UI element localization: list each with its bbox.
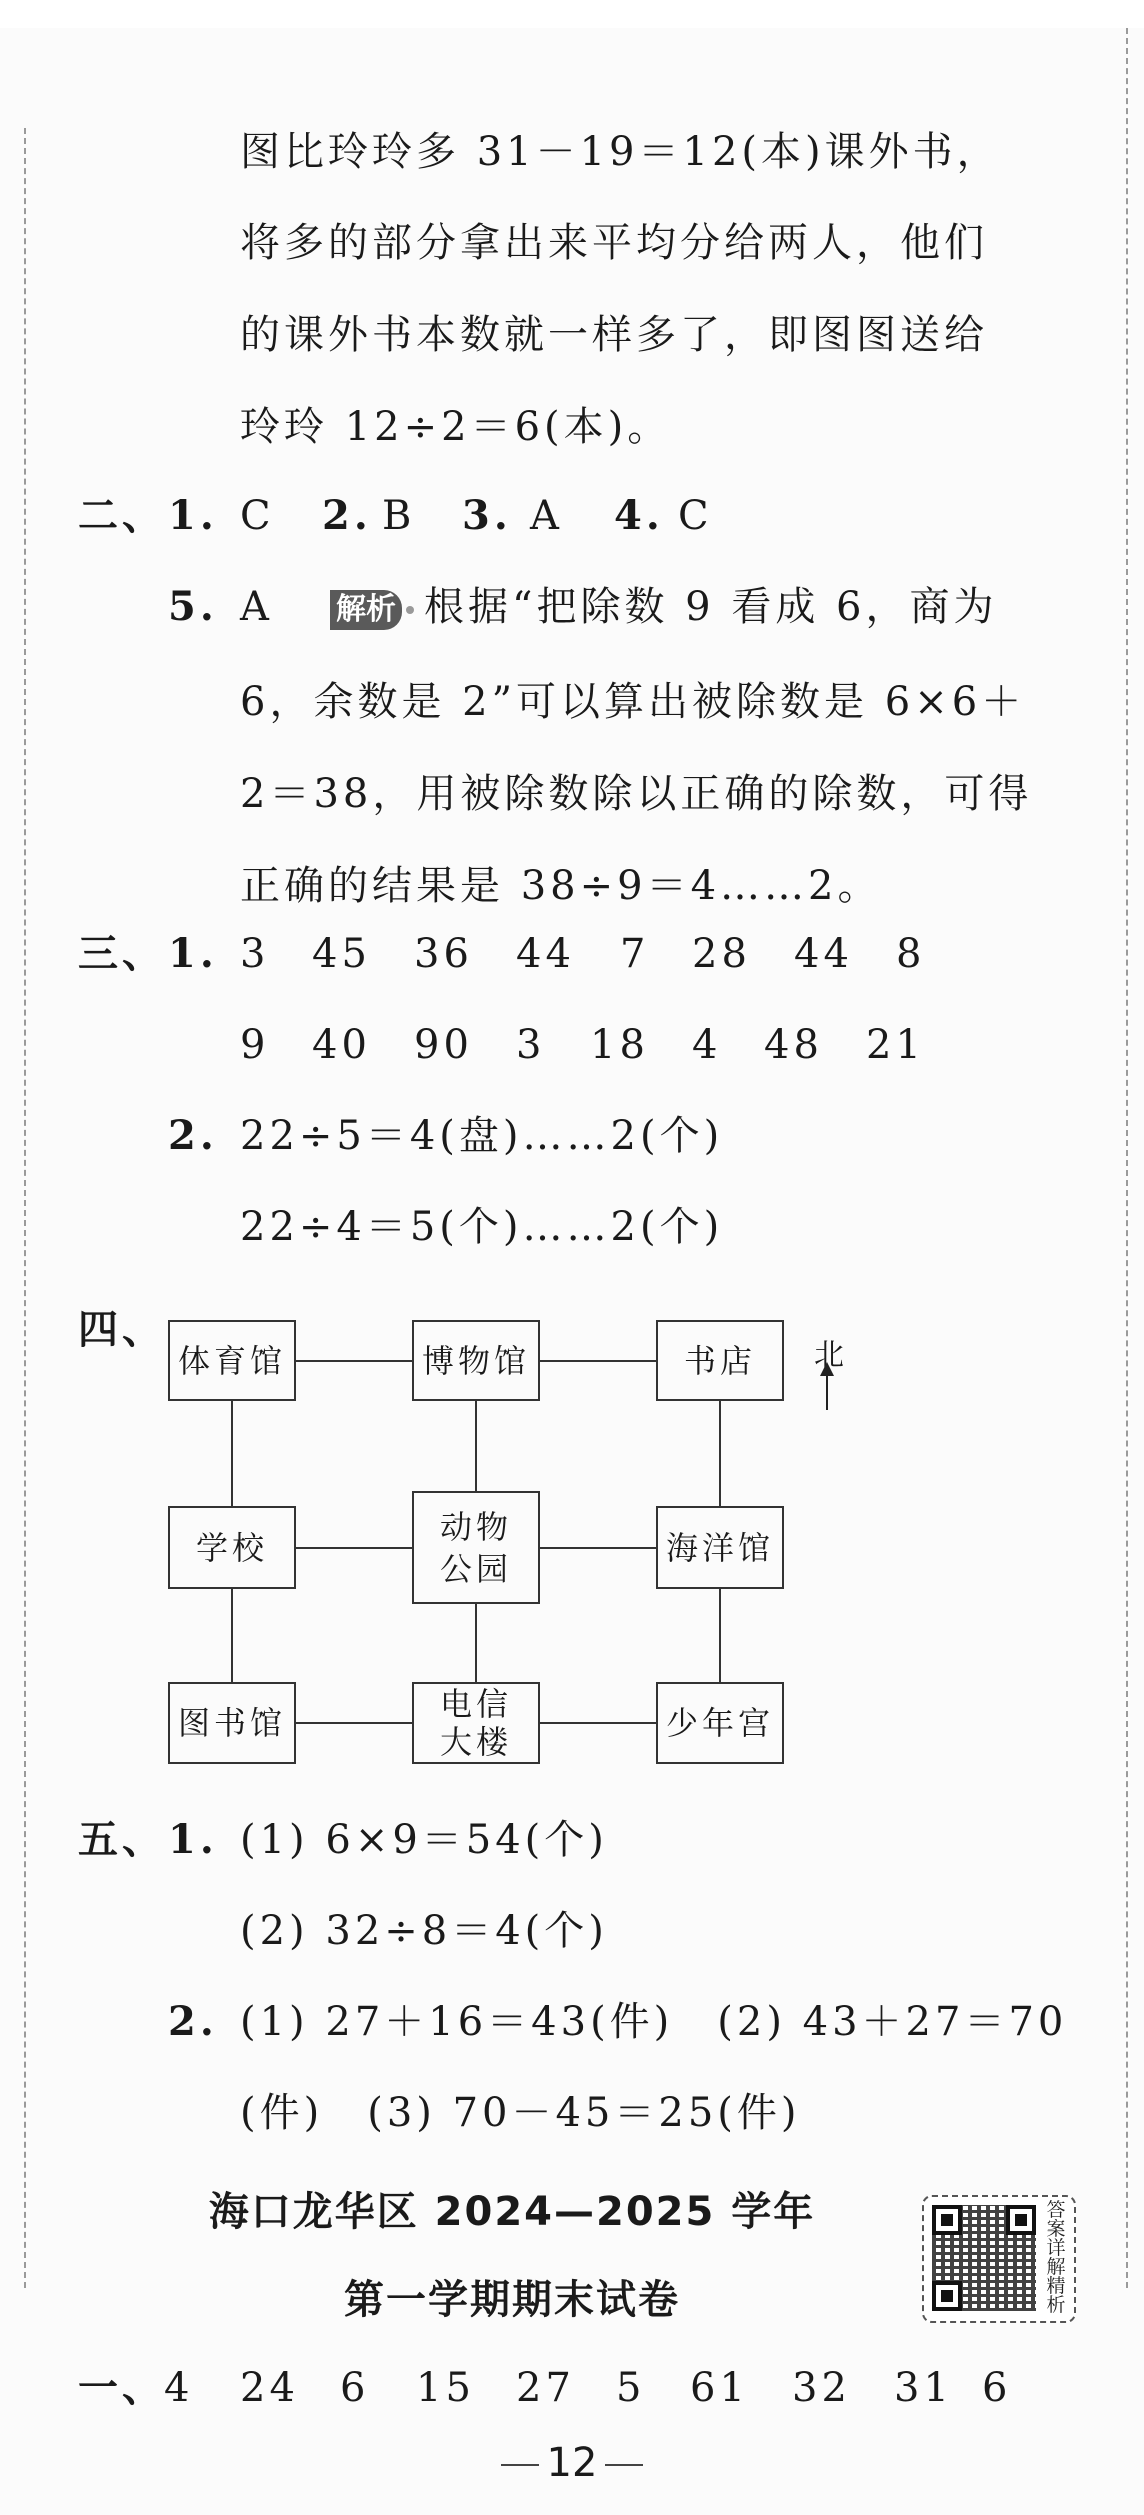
analysis-badge: 解析: [330, 590, 402, 630]
answer: 15: [416, 2358, 475, 2418]
section-3-q1-row1: 三、 1. 3 45 36 44 7 28 44 8: [0, 924, 1100, 984]
answer: 45: [312, 924, 371, 984]
road-line: [296, 1547, 413, 1549]
answer: 8: [896, 924, 925, 984]
answer: 21: [866, 1015, 925, 1075]
text-line: 图比玲玲多 31－19＝12(本)课外书，: [240, 122, 1001, 182]
section-label: 三、: [78, 924, 166, 984]
section-2-q5: 5. A 解析根据“把除数 9 看成 6，商为: [0, 577, 1120, 637]
road-line: [231, 1589, 233, 1682]
text-line: 正确的结果是 38÷9＝4……2。: [240, 856, 881, 916]
answer: 9: [240, 1015, 269, 1075]
road-line: [231, 1401, 233, 1506]
question-number: 5.: [168, 577, 218, 637]
equation: (2) 32÷8＝4(个): [240, 1901, 608, 1961]
map-box-zoo: 动物 公园: [412, 1491, 540, 1604]
road-line: [539, 1547, 656, 1549]
section-label: 四、: [78, 1300, 166, 1360]
answer: 32: [792, 2358, 851, 2418]
answer: 40: [312, 1015, 371, 1075]
question-number: 2.: [322, 486, 372, 546]
map-box-aquarium: 海洋馆: [656, 1506, 784, 1589]
answer: 5: [616, 2358, 645, 2418]
answer: A: [530, 486, 563, 546]
map-box-museum: 博物馆: [412, 1320, 540, 1401]
question-number: 4.: [614, 486, 664, 546]
answer: 28: [692, 924, 751, 984]
answer: 31: [894, 2358, 953, 2418]
answer: C: [678, 486, 713, 546]
answer: 18: [590, 1015, 649, 1075]
question-number: 1.: [168, 486, 218, 546]
answer: C: [240, 486, 275, 546]
map-box-library: 图书馆: [168, 1682, 296, 1764]
text-line: 的课外书本数就一样多了，即图图送给: [240, 305, 988, 365]
text-line: 6，余数是 2”可以算出被除数是 6×6＋: [240, 672, 1025, 732]
dash-decoration: [605, 2464, 643, 2466]
answer: 4: [164, 2358, 193, 2418]
road-line: [539, 1722, 656, 1724]
top-margin: [0, 0, 1144, 28]
answer: 4: [692, 1015, 721, 1075]
dash-decoration: [501, 2464, 539, 2466]
equation: (1) 6×9＝54(个): [240, 1810, 608, 1870]
section-3-q1-row2: 9 40 90 3 18 4 48 21: [0, 1015, 1100, 1075]
section-label: 二、: [78, 486, 166, 546]
section-label: 一、: [78, 2358, 166, 2418]
north-arrow-shaft: [826, 1372, 828, 1410]
answer: 44: [516, 924, 575, 984]
answer: 6: [982, 2358, 1011, 2418]
question-number: 1.: [168, 924, 218, 984]
map-box-telecom: 电信 大楼: [412, 1682, 540, 1764]
road-line: [296, 1722, 413, 1724]
answer: 44: [794, 924, 853, 984]
road-line: [719, 1589, 721, 1682]
question-number: 3.: [462, 486, 512, 546]
left-cut-line: [24, 128, 26, 2288]
text-line: 玲玲 12÷2＝6(本)。: [240, 397, 671, 457]
right-cut-line: [1126, 28, 1128, 2288]
road-line: [475, 1604, 477, 1682]
page-number: 12: [0, 2440, 1144, 2486]
equation: 22÷4＝5(个)……2(个): [240, 1197, 723, 1257]
section-3-q2-line1: 2. 22÷5＝4(盘)……2(个): [0, 1106, 1100, 1166]
badge-dot-icon: [406, 606, 414, 614]
analysis-text: 根据“把除数 9 看成 6，商为: [424, 584, 998, 630]
road-line: [475, 1401, 477, 1491]
answer: 3: [516, 1015, 545, 1075]
qr-finder-icon: [1006, 2205, 1036, 2235]
map-box-bookstore: 书店: [656, 1320, 784, 1401]
qr-caption: 答案详解精析: [1044, 2201, 1068, 2315]
answer: 36: [414, 924, 473, 984]
answer: 3: [240, 924, 269, 984]
qr-finder-icon: [932, 2205, 962, 2235]
equation: (1) 27＋16＝43(件) (2) 43＋27＝70: [240, 1992, 1067, 2052]
road-line: [539, 1360, 656, 1362]
answer: 7: [620, 924, 649, 984]
road-line: [296, 1360, 413, 1362]
answer: 24: [240, 2358, 299, 2418]
next-section-1-row: 一、 4 24 6 15 27 5 61 32 31 6: [0, 2358, 1120, 2418]
text-line: 2＝38，用被除数除以正确的除数，可得: [240, 764, 1032, 824]
answer: 27: [516, 2358, 575, 2418]
answer: A: [240, 577, 273, 637]
question-number: 1.: [168, 1810, 218, 1870]
map-box-gym: 体育馆: [168, 1320, 296, 1401]
equation: (件) (3) 70－45＝25(件): [240, 2083, 801, 2143]
answer: 48: [764, 1015, 823, 1075]
road-line: [719, 1401, 721, 1506]
map-box-school: 学校: [168, 1506, 296, 1589]
qr-finder-icon: [932, 2281, 962, 2311]
question-number: 2.: [168, 1106, 218, 1166]
page-number-value: 12: [547, 2440, 598, 2486]
question-number: 2.: [168, 1992, 218, 2052]
text-line: 将多的部分拿出来平均分给两人，他们: [240, 213, 988, 273]
qr-code[interactable]: 答案详解精析: [922, 2195, 1076, 2323]
section-5-q1-line1: 五、 1. (1) 6×9＝54(个): [0, 1810, 1100, 1870]
equation: 22÷5＝4(盘)……2(个): [240, 1106, 723, 1166]
answer: 61: [690, 2358, 749, 2418]
answer: B: [382, 486, 415, 546]
section-label: 五、: [78, 1810, 166, 1870]
answer: 6: [340, 2358, 369, 2418]
section-5-q2-line1: 2. (1) 27＋16＝43(件) (2) 43＋27＝70: [0, 1992, 1120, 2052]
section-2-row: 二、 1. C 2. B 3. A 4. C: [0, 486, 1100, 546]
answer: 90: [414, 1015, 473, 1075]
map-box-youth-palace: 少年宫: [656, 1682, 784, 1764]
